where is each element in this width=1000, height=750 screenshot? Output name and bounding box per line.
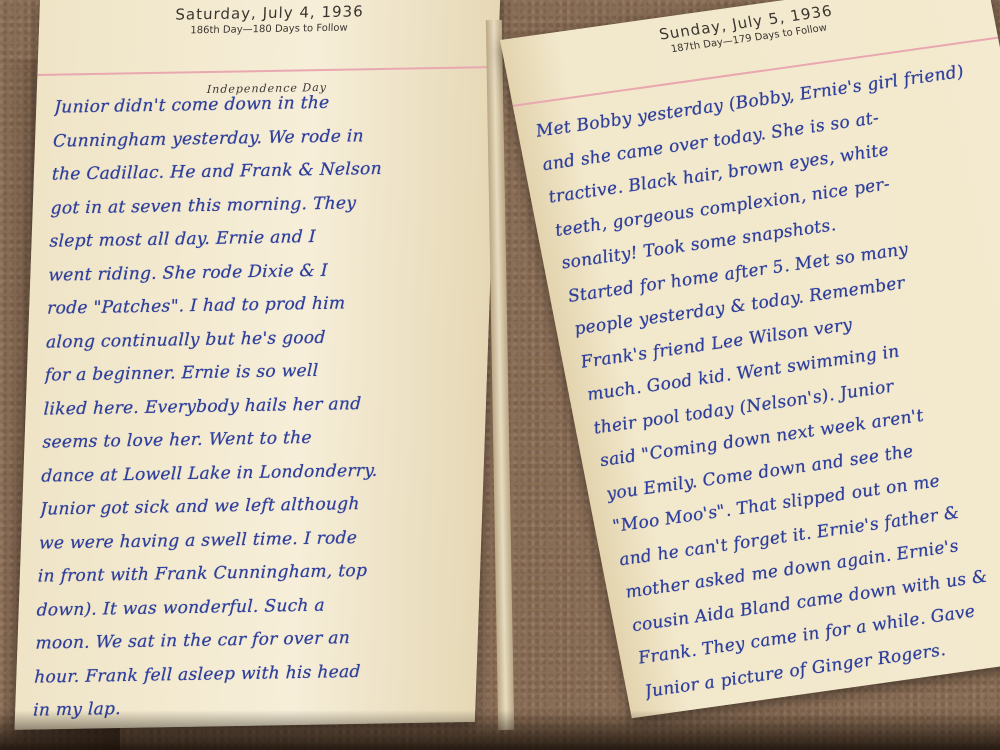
handwritten-entry: Junior didn't come down in the Cunningha… <box>33 84 484 728</box>
header-rule <box>37 66 497 76</box>
diary-page-right: Sunday, July 5, 1936 187th Day—179 Days … <box>500 0 1000 718</box>
table-shadow <box>0 710 1000 750</box>
diary-page-left: Saturday, July 4, 1936 186th Day—180 Day… <box>14 0 500 730</box>
book-gutter <box>486 20 514 730</box>
handwritten-entry: Met Bobby yesterday (Bobby, Ernie's girl… <box>533 52 1000 708</box>
page-header: Saturday, July 4, 1936 186th Day—180 Day… <box>39 0 500 39</box>
